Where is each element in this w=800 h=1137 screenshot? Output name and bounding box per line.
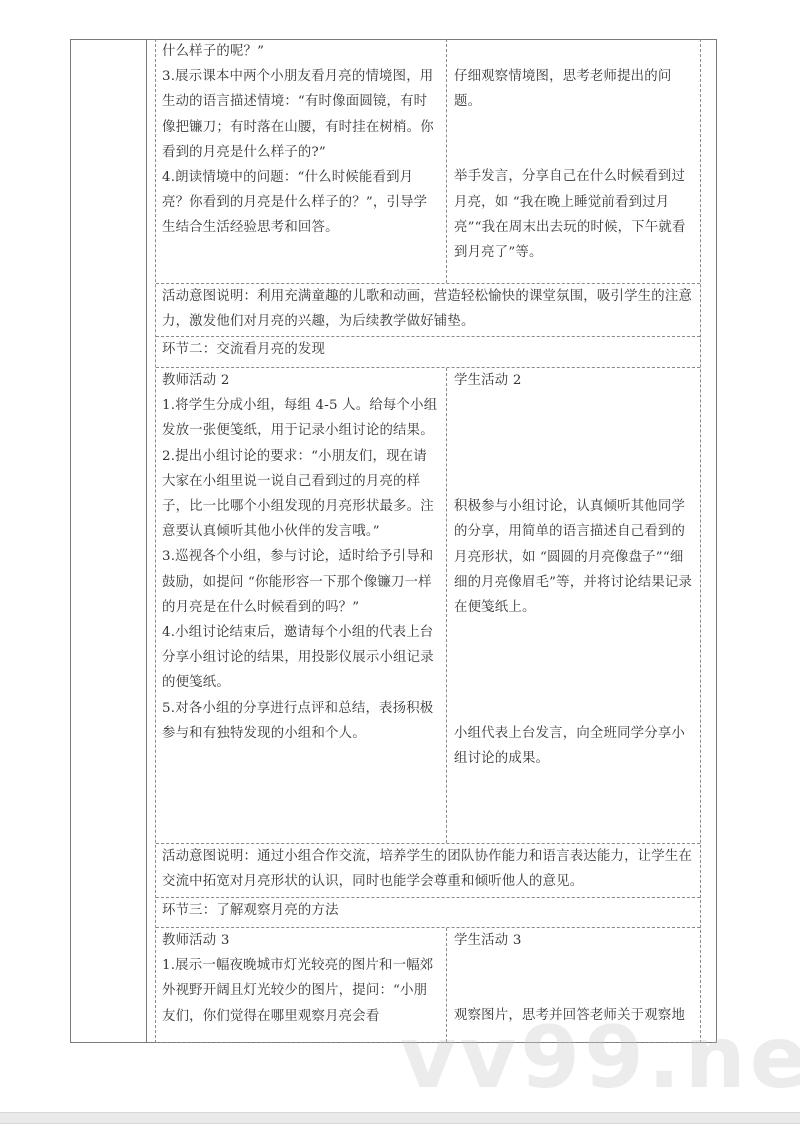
teacher-activity-3-cell: 教师活动 3 1.展示一幅夜晚城市灯光较亮的图片和一幅郊外视野开阔且灯光较少的图… (156, 928, 446, 1042)
student-activity-2-cell: 学生活动 2 积极参与小组讨论，认真倾听其他同学的分享，用简单的语言描述自己看到… (446, 368, 700, 843)
student-line: 积极参与小组讨论，认真倾听其他同学的分享，用简单的语言描述自己看到的月亮形状，如… (454, 494, 694, 620)
teacher-line: 1.展示一幅夜晚城市灯光较亮的图片和一幅郊外视野开阔且灯光较少的图片，提问：“小… (162, 953, 440, 1029)
intent-2-cell: 活动意图说明：通过小组合作交流，培养学生的团队协作能力和语言表达能力，让学生在交… (156, 844, 700, 897)
teacher-header: 教师活动 3 (162, 928, 440, 953)
teacher-activity-1-cell: 什么样子的呢？” 3.展示课本中两个小朋友看月亮的情境图，用生动的语言描述情境：… (156, 39, 446, 283)
student-activity-3-cell: 学生活动 3 观察图片，思考并回答老师关于观察地 (446, 928, 700, 1042)
teacher-line: 1.将学生分成小组，每组 4-5 人。给每个小组发放一张便笺纸，用于记录小组讨论… (162, 393, 440, 443)
page-separator (0, 1112, 800, 1124)
activity-row-1: 什么样子的呢？” 3.展示课本中两个小朋友看月亮的情境图，用生动的语言描述情境：… (156, 39, 700, 283)
section-2-title: 环节二：交流看月亮的发现 (156, 337, 700, 367)
teacher-activity-2-cell: 教师活动 2 1.将学生分成小组，每组 4-5 人。给每个小组发放一张便笺纸，用… (156, 368, 446, 843)
outer-left-column (70, 39, 147, 1043)
lesson-table: 什么样子的呢？” 3.展示课本中两个小朋友看月亮的情境图，用生动的语言描述情境：… (155, 39, 701, 1043)
intent-row-1: 活动意图说明：利用充满童趣的儿歌和动画，营造轻松愉快的课堂氛围，吸引学生的注意力… (156, 283, 700, 336)
teacher-line: 什么样子的呢？” (162, 39, 440, 64)
intent-1-cell: 活动意图说明：利用充满童趣的儿歌和动画，营造轻松愉快的课堂氛围，吸引学生的注意力… (156, 284, 700, 336)
teacher-header: 教师活动 2 (162, 368, 440, 393)
student-line: 观察图片，思考并回答老师关于观察地 (454, 1003, 694, 1028)
student-header: 学生活动 3 (454, 928, 694, 953)
section-2-title-row: 环节二：交流看月亮的发现 (156, 336, 700, 367)
teacher-line: 3.展示课本中两个小朋友看月亮的情境图，用生动的语言描述情境：“有时像面圆镜，有… (162, 64, 440, 165)
student-line: 小组代表上台发言，向全班同学分享小组讨论的成果。 (454, 721, 694, 771)
teacher-line: 4.朗读情境中的问题：“什么时候能看到月亮？你看到的月亮是什么样子的？”，引导学… (162, 165, 440, 241)
activity-row-3: 教师活动 3 1.展示一幅夜晚城市灯光较亮的图片和一幅郊外视野开阔且灯光较少的图… (156, 927, 700, 1042)
teacher-line: 5.对各小组的分享进行点评和总结，表扬积极参与和有独特发现的小组和个人。 (162, 696, 440, 746)
section-3-title: 环节三：了解观察月亮的方法 (156, 898, 700, 927)
student-header: 学生活动 2 (454, 368, 694, 393)
teacher-line: 2.提出小组讨论的要求：“小朋友们，现在请大家在小组里说一说自己看到过的月亮的样… (162, 444, 440, 545)
teacher-line: 3.巡视各个小组，参与讨论，适时给予引导和鼓励，如提问 “你能形容一下那个像镰刀… (162, 544, 440, 620)
student-activity-1-cell: 仔细观察情境图，思考老师提出的问题。 举手发言，分享自己在什么时候看到过月亮，如… (446, 39, 700, 283)
activity-row-2: 教师活动 2 1.将学生分成小组，每组 4-5 人。给每个小组发放一张便笺纸，用… (156, 367, 700, 843)
intent-row-2: 活动意图说明：通过小组合作交流，培养学生的团队协作能力和语言表达能力，让学生在交… (156, 843, 700, 897)
teacher-line: 4.小组讨论结束后，邀请每个小组的代表上台分享小组讨论的结果，用投影仪展示小组记… (162, 620, 440, 696)
next-page (0, 1124, 800, 1137)
student-line: 仔细观察情境图，思考老师提出的问题。 (454, 64, 694, 114)
student-line: 举手发言，分享自己在什么时候看到过月亮，如 “我在晚上睡觉前看到过月亮”“我在周… (454, 164, 694, 265)
section-3-title-row: 环节三：了解观察月亮的方法 (156, 897, 700, 927)
